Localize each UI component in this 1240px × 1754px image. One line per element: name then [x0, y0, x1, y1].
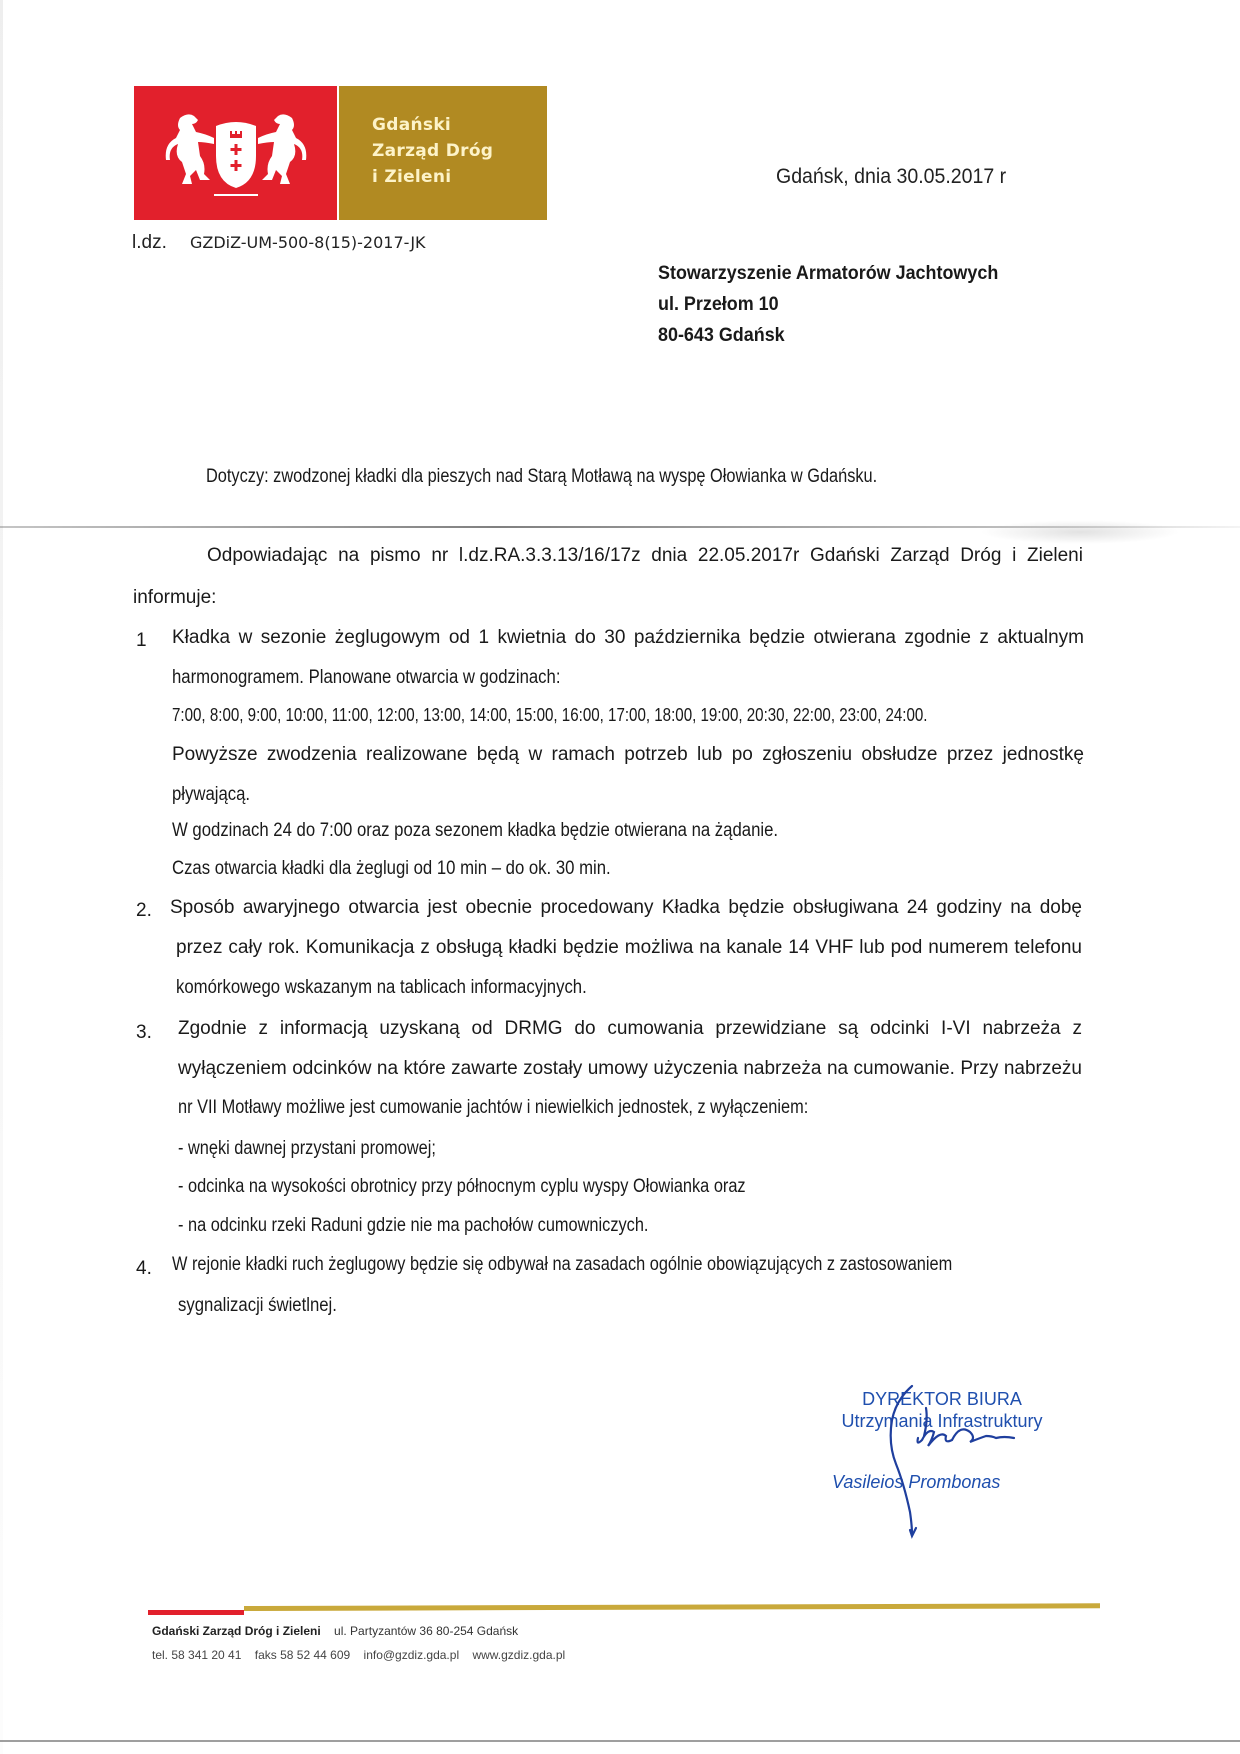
exclusion-item: - odcinka na wysokości obrotnicy przy pó…	[178, 1176, 746, 1198]
intro-word: pismo	[370, 545, 421, 567]
footer-contact-line: tel. 58 341 20 41 faks 58 52 44 609 info…	[152, 1648, 575, 1662]
intro-word: Odpowiadając	[207, 545, 327, 567]
reference-label: l.dz.	[132, 232, 167, 253]
point-number: 3.	[136, 1022, 152, 1044]
scan-bottom-edge	[0, 1740, 1240, 1742]
intro-word: Gdański	[810, 545, 880, 567]
point-number: 2.	[136, 900, 152, 922]
opening-hours: 7:00, 8:00, 9:00, 10:00, 11:00, 12:00, 1…	[172, 705, 928, 726]
point-2-line: przez cały rok. Komunikacja z obsługą kł…	[176, 937, 1082, 959]
logo-line: Gdański	[372, 112, 493, 138]
letter-subject: Dotyczy: zwodzonej kładki dla pieszych n…	[206, 466, 877, 488]
point-1-line: W godzinach 24 do 7:00 oraz poza sezonem…	[172, 820, 778, 842]
intro-word: Zieleni	[1027, 545, 1083, 567]
intro-word: l.dz.RA.3.3.13/16/17z	[459, 545, 641, 567]
recipient-name: Stowarzyszenie Armatorów Jachtowych	[658, 258, 998, 289]
intro-continuation: informuje:	[133, 587, 216, 609]
recipient-address: Stowarzyszenie Armatorów Jachtowych ul. …	[658, 258, 998, 351]
footer-organization: Gdański Zarząd Dróg i Zieleni	[152, 1624, 321, 1638]
intro-word: 22.05.2017r	[698, 545, 799, 567]
intro-word: Dróg	[960, 545, 1001, 567]
point-2-line: komórkowego wskazanym na tablicach infor…	[176, 977, 587, 999]
point-1-line: Czas otwarcia kładki dla żeglugi od 10 m…	[172, 858, 611, 880]
intro-paragraph: Odpowiadającnapismonrl.dz.RA.3.3.13/16/1…	[207, 545, 1083, 567]
point-3-line: wyłączeniem odcinków na które zawarte zo…	[178, 1058, 1082, 1080]
intro-word: na	[338, 545, 359, 567]
gdansk-coat-of-arms-icon	[160, 104, 312, 200]
footer-phone: tel. 58 341 20 41	[152, 1648, 241, 1662]
point-text: wyłączeniem odcinków na które zawarte zo…	[178, 1058, 1082, 1080]
exclusion-item: - na odcinku rzeki Raduni gdzie nie ma p…	[178, 1215, 648, 1237]
organization-logo-text: Gdański Zarząd Dróg i Zieleni	[372, 112, 493, 190]
footer-email[interactable]: info@gzdiz.gda.pl	[364, 1648, 460, 1662]
point-text: Zgodnie z informacją uzyskaną od DRMG do…	[178, 1018, 1082, 1040]
handwritten-signature-icon	[800, 1380, 1060, 1540]
point-text: Sposób awaryjnego otwarcia jest obecnie …	[170, 897, 1082, 919]
point-text: przez cały rok. Komunikacja z obsługą kł…	[176, 937, 1082, 959]
footer-address: ul. Partyzantów 36 80-254 Gdańsk	[334, 1624, 518, 1638]
footer-accent-red	[148, 1610, 244, 1615]
exclusion-item: - wnęki dawnej przystani promowej;	[178, 1138, 436, 1160]
paper-fold-shadow	[980, 520, 1180, 544]
point-text: Kładka w sezonie żeglugowym od 1 kwietni…	[172, 627, 1084, 649]
recipient-street: ul. Przełom 10	[658, 289, 998, 320]
reference-number: l.dz. GZDiZ-UM-500-8(15)-2017-JK	[132, 232, 426, 254]
point-text: Powyższe zwodzenia realizowane będą w ra…	[172, 744, 1084, 766]
intro-word: Zarząd	[890, 545, 949, 567]
footer-address-line: Gdański Zarząd Dróg i Zieleni ul. Partyz…	[152, 1624, 518, 1638]
intro-word: i	[1012, 545, 1016, 567]
point-3-line: nr VII Motławy możliwe jest cumowanie ja…	[178, 1097, 808, 1119]
letter-date: Gdańsk, dnia 30.05.2017 r	[776, 165, 1006, 189]
point-1-line: Kładka w sezonie żeglugowym od 1 kwietni…	[172, 627, 1084, 649]
footer-website[interactable]: www.gzdiz.gda.pl	[472, 1648, 565, 1662]
logo-line: i Zieleni	[372, 164, 493, 190]
logo-line: Zarząd Dróg	[372, 138, 493, 164]
point-number: 1	[136, 630, 147, 652]
point-number: 4.	[136, 1258, 152, 1280]
point-4-line: W rejonie kładki ruch żeglugowy będzie s…	[172, 1254, 952, 1276]
point-1-line: harmonogramem. Planowane otwarcia w godz…	[172, 667, 560, 689]
point-1-line: pływającą.	[172, 784, 250, 806]
intro-word: dnia	[651, 545, 687, 567]
point-3-line: Zgodnie z informacją uzyskaną od DRMG do…	[178, 1018, 1082, 1040]
point-1-line: Powyższe zwodzenia realizowane będą w ra…	[172, 744, 1084, 766]
intro-word: nr	[431, 545, 448, 567]
recipient-city: 80-643 Gdańsk	[658, 320, 998, 351]
point-2-line: Sposób awaryjnego otwarcia jest obecnie …	[170, 897, 1082, 919]
point-4-line: sygnalizacji świetlnej.	[178, 1295, 337, 1317]
footer-fax: faks 58 52 44 609	[255, 1648, 350, 1662]
reference-value: GZDiZ-UM-500-8(15)-2017-JK	[190, 233, 426, 252]
footer-accent-gold	[244, 1603, 1100, 1611]
scan-edge	[0, 0, 3, 1754]
